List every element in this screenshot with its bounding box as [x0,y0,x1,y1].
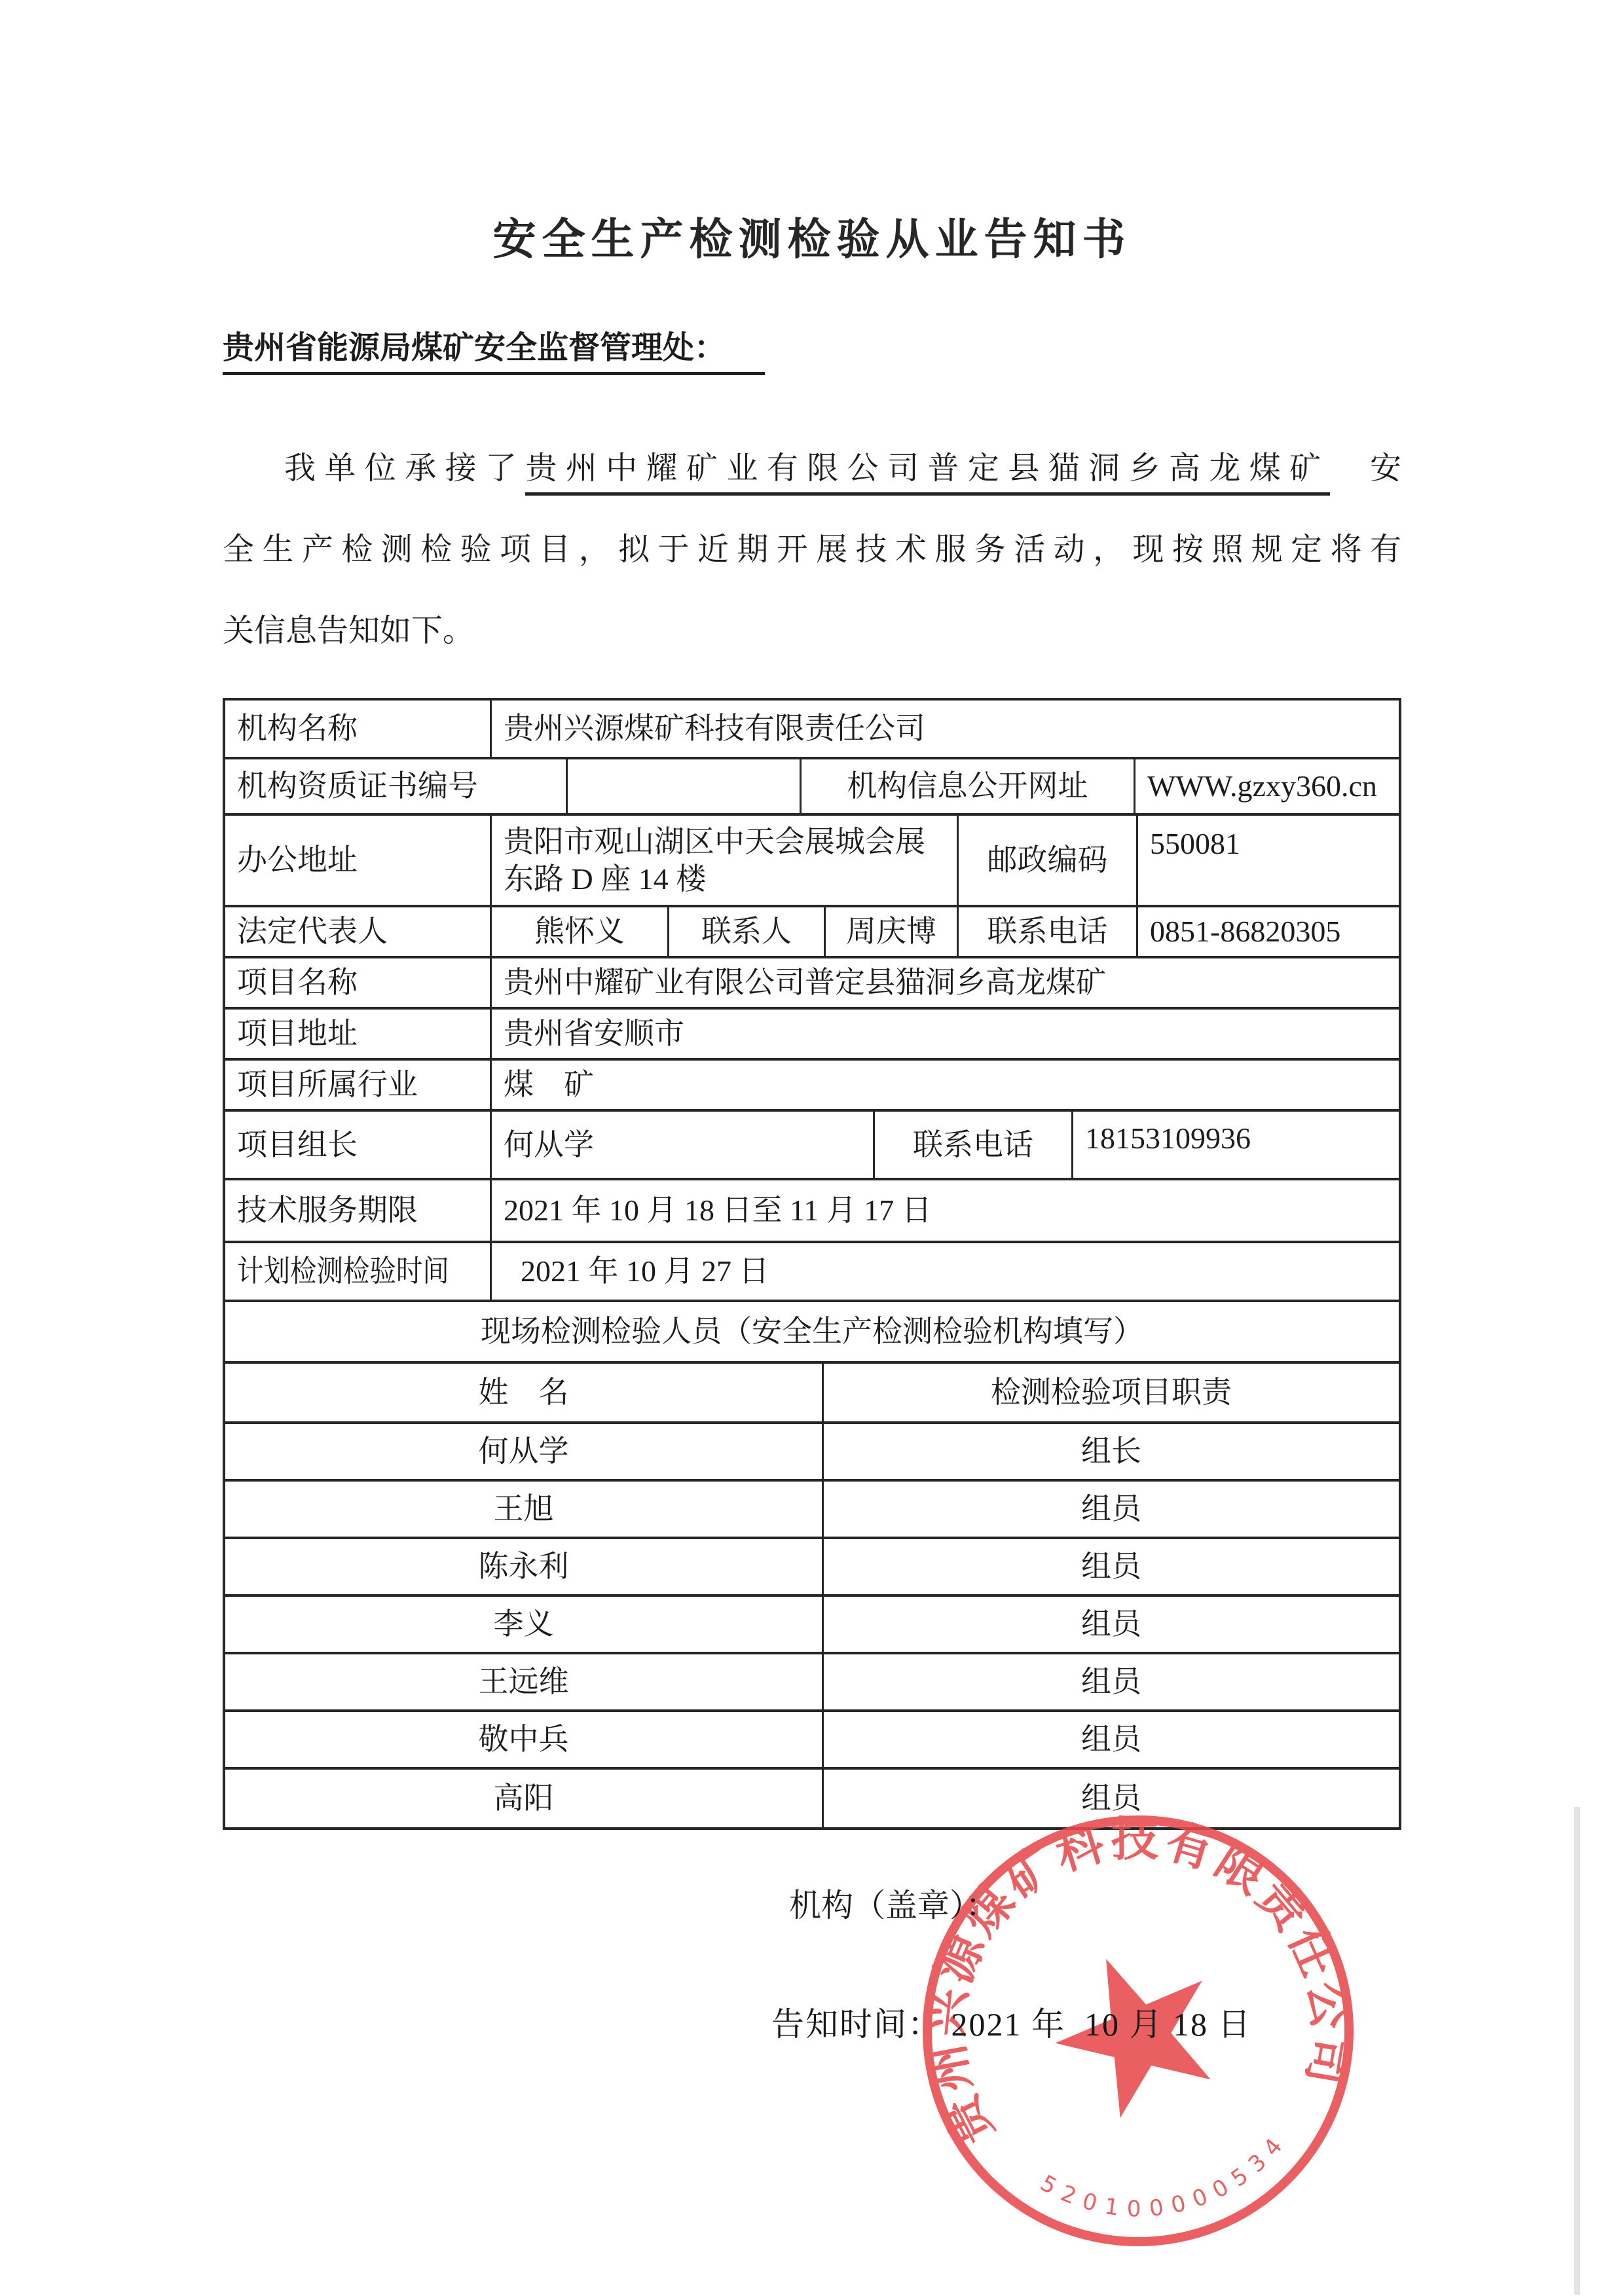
cert-label: 机构资质证书编号 [225,759,568,813]
legal-label: 法定代表人 [225,907,492,956]
planned-time-label: 计划检测检验时间 [225,1243,492,1300]
info-table: 机构名称 贵州兴源煤矿科技有限责任公司 机构资质证书编号 机构信息公开网址 WW… [223,698,1401,1830]
org-name-value: 贵州兴源煤矿科技有限责任公司 [492,701,1399,757]
table-row-cert: 机构资质证书编号 机构信息公开网址 WWW.gzxy360.cn [225,759,1399,816]
table-row-service-period: 技术服务期限 2021 年 10 月 18 日至 11 月 17 日 [225,1180,1399,1243]
legal-phone-label: 联系电话 [959,907,1138,956]
paragraph-line-3: 关信息告知如下。 [223,605,1401,650]
table-row-industry: 项目所属行业 煤 矿 [225,1061,1399,1112]
notice-date: 告知时间： 2021 年 10 月 18 日 [771,1998,1252,2045]
org-name-label: 机构名称 [225,701,492,757]
person-duty: 组员 [824,1539,1399,1594]
contact-name: 周庆博 [826,907,959,956]
leader-label: 项目组长 [225,1112,492,1178]
personnel-row: 王旭 组员 [225,1482,1399,1539]
column-duty-header: 检测检验项目职责 [824,1364,1399,1421]
table-row-org-name: 机构名称 贵州兴源煤矿科技有限责任公司 [225,701,1399,759]
paragraph-line1-tail: 安 [1330,451,1401,486]
person-name: 高阳 [225,1770,824,1827]
paragraph-intro: 我单位承接了 [284,451,525,486]
table-row-project-name: 项目名称 贵州中耀矿业有限公司普定县猫洞乡高龙煤矿 [225,958,1399,1010]
project-name-underlined: 贵州中耀矿业有限公司普定县猫洞乡高龙煤矿 [525,451,1329,496]
table-row-legal: 法定代表人 熊怀义 联系人 周庆博 联系电话 0851-86820305 [225,907,1399,958]
personnel-row: 王远维 组员 [225,1654,1399,1712]
industry-label: 项目所属行业 [225,1061,492,1109]
legal-phone-value: 0851-86820305 [1138,907,1399,956]
leader-phone-value: 18153109936 [1073,1112,1399,1178]
leader-name: 何从学 [492,1112,875,1178]
person-name: 何从学 [225,1424,824,1479]
table-row-columns: 姓 名 检测检验项目职责 [225,1364,1399,1424]
person-duty: 组员 [824,1597,1399,1652]
project-addr-label: 项目地址 [225,1010,492,1058]
service-period-label: 技术服务期限 [225,1180,492,1241]
person-name: 敬中兵 [225,1712,824,1767]
personnel-row: 陈永利 组员 [225,1539,1399,1597]
office-label: 办公地址 [225,816,492,905]
addressee-line: 贵州省能源局煤矿安全监督管理处： [223,322,765,367]
page-title: 安全生产检测检验从业告知书 [0,204,1624,266]
column-name-header: 姓 名 [225,1364,824,1421]
personnel-header: 现场检测检验人员（安全生产检测检验机构填写） [225,1302,1399,1361]
project-addr-value: 贵州省安顺市 [492,1010,1399,1058]
table-row-office: 办公地址 贵阳市观山湖区中天会展城会展东路 D 座 14 楼 邮政编码 5500… [225,816,1399,907]
industry-value: 煤 矿 [492,1061,1399,1109]
table-row-leader: 项目组长 何从学 联系电话 18153109936 [225,1112,1399,1180]
zip-label: 邮政编码 [959,816,1138,905]
contact-label: 联系人 [669,907,826,956]
project-name-label: 项目名称 [225,958,492,1007]
table-row-personnel-header: 现场检测检验人员（安全生产检测检验机构填写） [225,1302,1399,1364]
seal-caption: 机构（盖章）： [789,1880,998,1926]
office-value: 贵阳市观山湖区中天会展城会展东路 D 座 14 楼 [492,816,959,905]
project-name-value: 贵州中耀矿业有限公司普定县猫洞乡高龙煤矿 [492,958,1399,1007]
person-name: 王远维 [225,1654,824,1709]
planned-time-value: 2021 年 10 月 27 日 [492,1243,1399,1300]
person-duty: 组员 [824,1482,1399,1537]
table-row-project-addr: 项目地址 贵州省安顺市 [225,1010,1399,1061]
personnel-row: 敬中兵 组员 [225,1712,1399,1770]
service-period-value: 2021 年 10 月 18 日至 11 月 17 日 [492,1180,1399,1241]
person-name: 李义 [225,1597,824,1652]
person-name: 王旭 [225,1482,824,1537]
leader-phone-label: 联系电话 [875,1112,1073,1178]
seal-serial-text: 520100000534 [1031,2124,1302,2238]
website-label: 机构信息公开网址 [802,759,1135,813]
scan-edge-artifact [1574,1807,1580,2295]
zip-value: 550081 [1138,816,1399,905]
paragraph-line-2: 全生产检测检验项目，拟于近期开展技术服务活动，现按照规定将有 [223,524,1401,569]
personnel-row: 何从学 组长 [225,1424,1399,1482]
person-duty: 组员 [824,1712,1399,1767]
person-name: 陈永利 [225,1539,824,1594]
addressee-text: 贵州省能源局煤矿安全监督管理处： [223,331,765,375]
table-row-planned-time: 计划检测检验时间 2021 年 10 月 27 日 [225,1243,1399,1302]
personnel-row: 李义 组员 [225,1597,1399,1654]
paragraph-line-1: 我单位承接了贵州中耀矿业有限公司普定县猫洞乡高龙煤矿 安 [223,443,1401,488]
person-duty: 组长 [824,1424,1399,1479]
cert-value [568,759,802,813]
legal-name: 熊怀义 [492,907,669,956]
website-value: WWW.gzxy360.cn [1135,759,1399,813]
person-duty: 组员 [824,1654,1399,1709]
